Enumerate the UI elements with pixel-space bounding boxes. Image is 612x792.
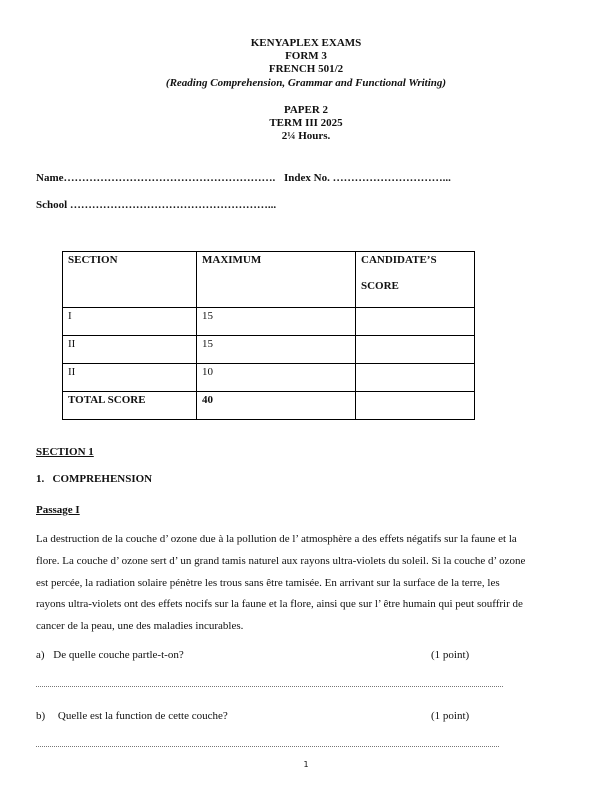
subject-code: FRENCH 501/2: [0, 64, 612, 75]
passage-line: flore. La couche d’ ozone sert d’ un gra…: [36, 551, 576, 573]
passage-line: La destruction de la couche d’ ozone due…: [36, 529, 576, 551]
score-cell[interactable]: [356, 308, 475, 336]
question-a-label: a): [36, 649, 45, 661]
paper-subtitle: (Reading Comprehension, Grammar and Func…: [0, 77, 612, 89]
table-row: II 15: [63, 336, 475, 364]
passage-line: est percée, la radiation solaire pénètre…: [36, 573, 576, 595]
question-a-points: (1 point): [431, 649, 469, 661]
question-b-points: (1 point): [431, 710, 469, 722]
section-cell: II: [63, 364, 197, 392]
total-maximum: 40: [197, 392, 356, 420]
index-number-label: Index No. …………………………...: [284, 172, 451, 184]
question-b-label: b): [36, 710, 45, 722]
question-a: a) De quelle couche partle-t-on?: [36, 649, 184, 661]
name-field[interactable]: Name…………………………………………………. Index No. ………………: [36, 172, 451, 184]
exam-body: KENYAPLEX EXAMS: [0, 38, 612, 49]
question-b: b) Quelle est la function de cette couch…: [36, 710, 228, 722]
passage-line: rayons ultra-violets ont des effets noci…: [36, 594, 576, 616]
total-score-cell[interactable]: [356, 392, 475, 420]
question-b-text: Quelle est la function de cette couche?: [58, 710, 228, 722]
name-label: Name………………………………………………….: [36, 172, 275, 184]
maximum-cell: 10: [197, 364, 356, 392]
duration: 2¼ Hours.: [0, 131, 612, 142]
form-level: FORM 3: [0, 51, 612, 62]
passage-line: cancer de la peau, une des maladies incu…: [36, 616, 576, 638]
answer-line-b[interactable]: [36, 746, 499, 747]
header-candidate-score: CANDIDATE’S SCORE: [356, 252, 475, 308]
score-table: SECTION MAXIMUM CANDIDATE’S SCORE I 15 I…: [62, 251, 475, 420]
header-section: SECTION: [63, 252, 197, 308]
question-a-text: De quelle couche partle-t-on?: [53, 649, 183, 661]
maximum-cell: 15: [197, 308, 356, 336]
total-label: TOTAL SCORE: [63, 392, 197, 420]
section-title: SECTION 1: [36, 446, 94, 458]
header-maximum: MAXIMUM: [197, 252, 356, 308]
page-number: 1: [0, 760, 612, 769]
school-field[interactable]: School ………………………………………………...: [36, 199, 276, 211]
answer-line-a[interactable]: [36, 686, 503, 687]
total-row: TOTAL SCORE 40: [63, 392, 475, 420]
passage-title: Passage I: [36, 504, 80, 516]
header-score-line: SCORE: [361, 280, 469, 292]
passage-text: La destruction de la couche d’ ozone due…: [36, 529, 576, 638]
term: TERM III 2025: [0, 118, 612, 129]
table-header-row: SECTION MAXIMUM CANDIDATE’S SCORE: [63, 252, 475, 308]
comprehension-heading: 1. COMPREHENSION: [36, 473, 152, 485]
score-cell[interactable]: [356, 336, 475, 364]
section-cell: II: [63, 336, 197, 364]
section-cell: I: [63, 308, 197, 336]
header-candidate-line: CANDIDATE’S: [361, 254, 469, 266]
table-row: II 10: [63, 364, 475, 392]
table-row: I 15: [63, 308, 475, 336]
score-cell[interactable]: [356, 364, 475, 392]
paper-number: PAPER 2: [0, 105, 612, 116]
maximum-cell: 15: [197, 336, 356, 364]
